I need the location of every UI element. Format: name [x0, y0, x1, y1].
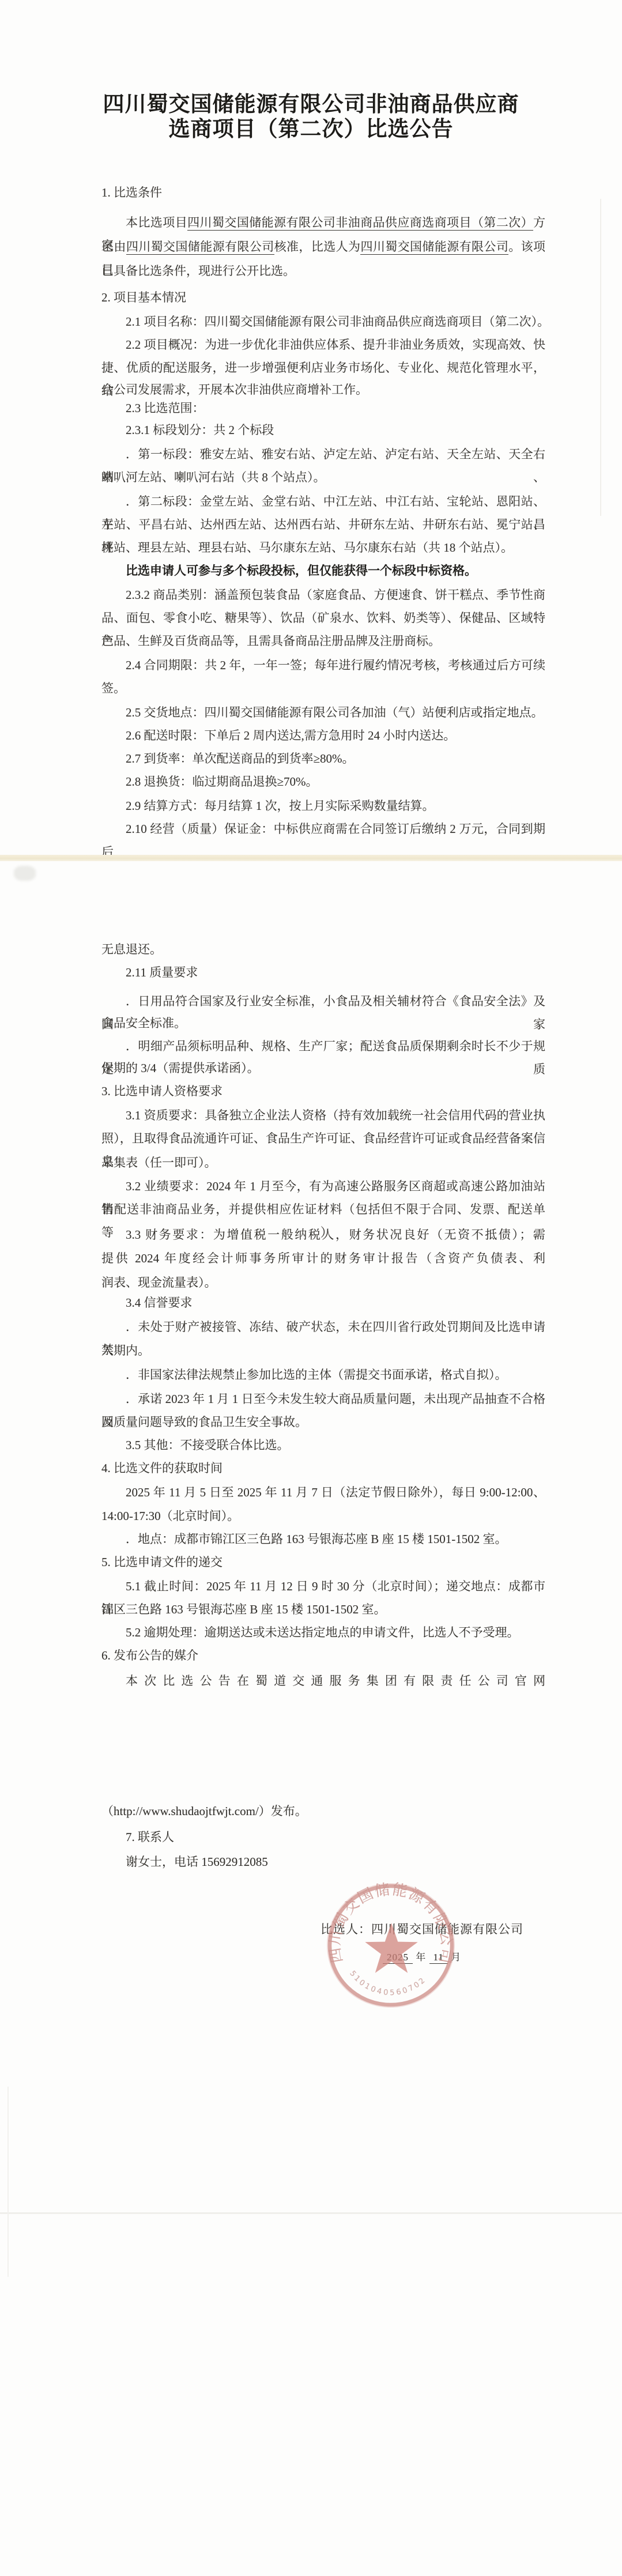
text-run: 1. 比选条件 — [101, 186, 162, 199]
text-run: 2.5 交货地点：四川蜀交国储能源有限公司各加油（气）站便利店或指定地点。 — [126, 706, 544, 719]
text-run: 本比选项目 — [126, 216, 187, 229]
text-run: 5. 比选申请文件的递交 — [101, 1555, 223, 1569]
doc-line-40: 3.3 财务要求：为增值税一般纳税人，财务状况良好（无资不抵债）；需 — [101, 1223, 545, 1246]
document-title: 四川蜀交国储能源有限公司非油商品供应商 选商项目（第二次）比选公告 — [0, 92, 622, 142]
doc-line-1: 本比选项目四川蜀交国储能源有限公司非油商品供应商选商项目（第二次）方案 — [101, 211, 545, 234]
text-run: 入期内。 — [101, 1344, 150, 1357]
page-break-faint-line — [0, 2212, 622, 2214]
doc-line-11: ．第一标段：雅安左站、雅安右站、泸定左站、泸定右站、天全左站、天全右站、 — [101, 443, 545, 466]
doc-line-47: ．承诺 2023 年 1 月 1 日至今未发生较大商品质量问题，未出现产品抽查不… — [101, 1387, 545, 1410]
doc-line-13: ．第二标段：金堂左站、金堂右站、中江左站、中江右站、宝轮站、恩阳站、平昌 — [101, 490, 545, 513]
doc-line-55: 5.1 截止时间：2025 年 11 月 12 日 9 时 30 分（北京时间）… — [101, 1575, 545, 1598]
doc-line-52: 14:00-17:30（北京时间）。 — [101, 1504, 545, 1528]
doc-line-30: ．日用品符合国家及行业安全标准，小食品及相关辅材符合《食品安全法》及国家 — [101, 990, 545, 1013]
doc-line-27: 2.10 经营（质量）保证金：中标供应商需在合同签订后缴纳 2 万元，合同到期后 — [101, 817, 545, 840]
doc-line-9: 2.3 比选范围： — [101, 397, 545, 420]
doc-line-48: 因质量问题导致的食品卫生安全事故。 — [101, 1410, 545, 1434]
text-run: 合公司发展需求，开展本次非油供应商增补工作。 — [101, 383, 368, 397]
text-run: ．地点：成都市锦江区三色路 163 号银海芯座 B 座 15 楼 1501-15… — [126, 1532, 507, 1546]
doc-line-59: 本次比选公告在蜀道交通服务集团有限责任公司官网 — [101, 1669, 545, 1692]
doc-line-29: 2.11 质量要求 — [101, 961, 545, 984]
doc-line-12: 喇叭河左站、喇叭河右站（共 8 个站点）。 — [101, 466, 545, 489]
doc-line-2: 已由四川蜀交国储能源有限公司核准，比选人为四川蜀交国储能源有限公司。该项目 — [101, 235, 545, 258]
text-run: 2.3.1 标段划分：共 2 个标段 — [126, 423, 274, 437]
doc-line-31: 食品安全标准。 — [101, 1012, 545, 1035]
text-run: 签。 — [101, 681, 126, 695]
doc-line-49: 3.5 其他：不接受联合体比选。 — [101, 1434, 545, 1457]
doc-line-46: ．非国家法律法规禁止参加比选的主体（需提交书面承诺，格式自拟）。 — [101, 1363, 545, 1386]
text-run: 3.5 其他：不接受联合体比选。 — [126, 1438, 289, 1452]
doc-line-14: 左站、平昌右站、达州西左站、达州西右站、井研东左站、井研东右站、冕宁站、桃 — [101, 513, 545, 536]
doc-line-24: 2.7 到货率：单次配送商品的到货率≥80%。 — [101, 747, 545, 770]
doc-line-0: 1. 比选条件 — [101, 181, 545, 204]
text-run: 2.2 项目概况：为进一步优化非油供应体系、提升非油业务质效，实现高效、快 — [126, 338, 545, 352]
doc-line-62: 谢女士，电话 15692912085 — [101, 1850, 545, 1873]
doc-line-61: 7. 联系人 — [101, 1826, 545, 1849]
text-run: 润表、现金流量表）。 — [101, 1276, 217, 1289]
doc-line-44: ．未处于财产被接管、冻结、破产状态，未在四川省行政处罚期间及比选申请禁 — [101, 1315, 545, 1338]
doc-line-23: 2.6 配送时限：下单后 2 周内送达,需方急用时 24 小时内送达。 — [101, 724, 545, 747]
scan-fold-line — [600, 199, 601, 516]
doc-line-39: 售配送非油商品业务，并提供相应佐证材料（包括但不限于合同、发票、配送单等）。 — [101, 1198, 545, 1221]
doc-line-7: 捷、优质的配送服务，进一步增强便利店业务市场化、专业化、规范化管理水平，结 — [101, 356, 545, 379]
doc-line-45: 入期内。 — [101, 1339, 545, 1362]
doc-line-58: 6. 发布公告的媒介 — [101, 1644, 545, 1667]
text-run: 食品安全标准。 — [101, 1016, 186, 1030]
seal-star-icon — [365, 1923, 417, 1973]
text-run: 坪站、理县左站、理县右站、马尔康东左站、马尔康东右站（共 18 个站点）。 — [101, 541, 513, 555]
doc-line-57: 5.2 逾期处理：逾期送达或未送达指定地点的申请文件，比选人不予受理。 — [101, 1621, 545, 1644]
doc-line-15: 坪站、理县左站、理县右站、马尔康东左站、马尔康东右站（共 18 个站点）。 — [101, 536, 545, 559]
doc-line-56: 江区三色路 163 号银海芯座 B 座 15 楼 1501-1502 室。 — [101, 1598, 545, 1621]
doc-line-21: 签。 — [101, 677, 545, 700]
text-run: 2. 项目基本情况 — [101, 291, 186, 304]
text-run: 保期的 3/4（需提供承诺函）。 — [101, 1061, 259, 1075]
scan-smudge — [14, 866, 36, 881]
text-run: 江区三色路 163 号银海芯座 B 座 15 楼 1501-1502 室。 — [101, 1602, 386, 1616]
text-run: 3. 比选申请人资格要求 — [101, 1084, 223, 1098]
doc-line-18: 品、面包、零食小吃、糖果等）、饮品（矿泉水、饮料、奶类等）、保健品、区域特色 — [101, 606, 545, 629]
underlined-text: 四川蜀交国储能源有限公司 — [126, 240, 274, 255]
doc-line-35: 3.1 资质要求：具备独立企业法人资格（持有效加载统一社会信用代码的营业执 — [101, 1104, 545, 1127]
text-run: 已具备比选条件，现进行公开比选。 — [101, 264, 295, 278]
text-run: 2.10 经营（质量）保证金：中标供应商需在合同签订后缴纳 2 万元，合同到期后 — [101, 822, 545, 859]
seal-serial-arc-text: 5101040560702 — [348, 1969, 428, 1997]
doc-line-50: 4. 比选文件的获取时间 — [101, 1457, 545, 1480]
text-run: 提供 2024 年度经会计师事务所审计的财务审计报告（含资产负债表、利 — [101, 1251, 545, 1265]
doc-line-4: 2. 项目基本情况 — [101, 286, 545, 309]
text-run: 喇叭河左站、喇叭河右站（共 8 个站点）。 — [101, 470, 326, 484]
doc-line-22: 2.5 交货地点：四川蜀交国储能源有限公司各加油（气）站便利店或指定地点。 — [101, 701, 545, 724]
text-run: 3.3 财务要求：为增值税一般纳税人，财务状况良好（无资不抵债）；需 — [126, 1228, 545, 1242]
doc-line-6: 2.2 项目概况：为进一步优化非油供应体系、提升非油业务质效，实现高效、快 — [101, 333, 545, 356]
doc-line-60: （http://www.shudaojtfwjt.com/）发布。 — [101, 1800, 545, 1823]
doc-line-42: 润表、现金流量表）。 — [101, 1271, 545, 1294]
doc-line-41: 提供 2024 年度经会计师事务所审计的财务审计报告（含资产负债表、利 — [101, 1247, 545, 1270]
text-run: 2.6 配送时限：下单后 2 周内送达,需方急用时 24 小时内送达。 — [126, 729, 455, 742]
doc-line-28: 无息退还。 — [101, 938, 545, 961]
doc-line-53: ．地点：成都市锦江区三色路 163 号银海芯座 B 座 15 楼 1501-15… — [101, 1528, 545, 1551]
text-run: 3.1 资质要求：具备独立企业法人资格（持有效加载统一社会信用代码的营业执 — [126, 1108, 545, 1122]
doc-line-34: 3. 比选申请人资格要求 — [101, 1080, 545, 1103]
text-run: 4. 比选文件的获取时间 — [101, 1461, 223, 1475]
text-run: 核准，比选人为 — [274, 240, 361, 254]
text-run: 谢女士，电话 15692912085 — [126, 1855, 268, 1869]
text-run: 2.3 比选范围： — [126, 401, 205, 415]
page-break-band — [0, 855, 622, 861]
scanned-document-page: 四川蜀交国储能源有限公司非油商品供应商 选商项目（第二次）比选公告 1. 比选条… — [0, 0, 622, 2576]
text-run: 比选申请人可参与多个标段投标，但仅能获得一个标段中标资格。 — [126, 564, 477, 578]
doc-line-51: 2025 年 11 月 5 日至 2025 年 11 月 7 日（法定节假日除外… — [101, 1481, 545, 1504]
doc-line-16: 比选申请人可参与多个标段投标，但仅能获得一个标段中标资格。 — [101, 559, 545, 582]
doc-line-19: 产品、生鲜及百货商品等，且需具备商品注册品牌及注册商标。 — [101, 629, 545, 653]
text-run: 2.11 质量要求 — [126, 965, 198, 979]
text-run: 7. 联系人 — [126, 1830, 174, 1844]
text-run: 2.7 到货率：单次配送商品的到货率≥80%。 — [126, 752, 355, 765]
text-run: 2.1 项目名称：四川蜀交国储能源有限公司非油商品供应商选商项目（第二次）。 — [126, 315, 549, 329]
doc-line-38: 3.2 业绩要求：2024 年 1 月至今，有为高速公路服务区商超或高速公路加油… — [101, 1175, 545, 1198]
text-run: 采集表（任一即可）。 — [101, 1156, 217, 1170]
text-run: （http://www.shudaojtfwjt.com/）发布。 — [101, 1804, 307, 1818]
doc-line-20: 2.4 合同期限：共 2 年，一年一签；每年进行履约情况考核，考核通过后方可续 — [101, 654, 545, 677]
doc-line-3: 已具备比选条件，现进行公开比选。 — [101, 259, 545, 282]
text-run: 5.2 逾期处理：逾期送达或未送达指定地点的申请文件，比选人不予受理。 — [126, 1625, 519, 1639]
text-run: 2.4 合同期限：共 2 年，一年一签；每年进行履约情况考核，考核通过后方可续 — [126, 658, 545, 672]
document-title-line2: 选商项目（第二次）比选公告 — [0, 117, 622, 142]
underlined-text: 四川蜀交国储能源有限公司 — [360, 240, 508, 255]
text-run: 产品、生鲜及百货商品等，且需具备商品注册品牌及注册商标。 — [101, 634, 440, 648]
doc-line-5: 2.1 项目名称：四川蜀交国储能源有限公司非油商品供应商选商项目（第二次）。 — [101, 310, 545, 333]
text-run: 2.9 结算方式：每月结算 1 次，按上月实际采购数量结算。 — [126, 799, 435, 813]
doc-line-32: ．明细产品须标明品种、规格、生产厂家；配送食品质保期剩余时长不少于规定质 — [101, 1035, 545, 1058]
doc-line-43: 3.4 信誉要求 — [101, 1291, 545, 1314]
text-run: 6. 发布公告的媒介 — [101, 1649, 198, 1662]
doc-line-36: 照），且取得食品流通许可证、食品生产许可证、食品经营许可证或食品经营备案信息 — [101, 1127, 545, 1150]
text-run: 2.3.2 商品类别：涵盖预包装食品（家庭食品、方便速食、饼干糕点、季节性商 — [126, 588, 545, 602]
text-run: 本次比选公告在蜀道交通服务集团有限责任公司官网 — [126, 1674, 545, 1688]
text-run: 2025 年 11 月 5 日至 2025 年 11 月 7 日（法定节假日除外… — [126, 1485, 545, 1499]
doc-line-17: 2.3.2 商品类别：涵盖预包装食品（家庭食品、方便速食、饼干糕点、季节性商 — [101, 583, 545, 606]
doc-line-37: 采集表（任一即可）。 — [101, 1151, 545, 1174]
document-title-line1: 四川蜀交国储能源有限公司非油商品供应商 — [0, 92, 622, 117]
doc-line-33: 保期的 3/4（需提供承诺函）。 — [101, 1057, 545, 1080]
text-run: 因质量问题导致的食品卫生安全事故。 — [101, 1415, 307, 1429]
doc-line-26: 2.9 结算方式：每月结算 1 次，按上月实际采购数量结算。 — [101, 794, 545, 817]
text-run: 3.4 信誉要求 — [126, 1296, 193, 1310]
underlined-text: 四川蜀交国储能源有限公司非油商品供应商选商项目（第二次） — [187, 216, 533, 231]
text-run: 无息退还。 — [101, 942, 162, 956]
text-run: ．非国家法律法规禁止参加比选的主体（需提交书面承诺，格式自拟）。 — [126, 1368, 507, 1382]
scan-edge-line — [7, 2087, 9, 2277]
company-seal-stamp: 四川蜀交国储能源有限公司 5101040560702 — [321, 1877, 466, 2019]
text-run: 14:00-17:30（北京时间）。 — [101, 1509, 239, 1523]
doc-line-10: 2.3.1 标段划分：共 2 个标段 — [101, 418, 545, 442]
text-run: 已由 — [101, 240, 126, 254]
doc-line-25: 2.8 退换货：临过期商品退换≥70%。 — [101, 770, 545, 793]
text-run: 2.8 退换货：临过期商品退换≥70%。 — [126, 775, 318, 789]
doc-line-54: 5. 比选申请文件的递交 — [101, 1551, 545, 1574]
